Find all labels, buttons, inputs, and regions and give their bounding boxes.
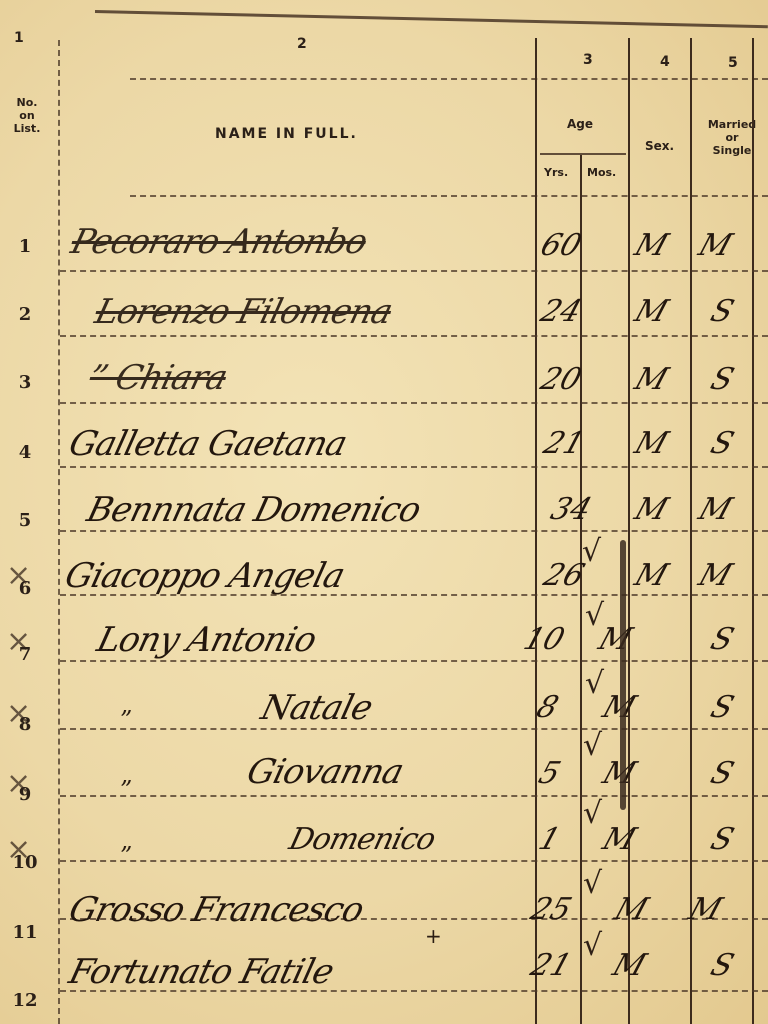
- marital-status: M: [694, 228, 736, 263]
- ditto-mark: ”: [120, 706, 132, 734]
- marital-status: S: [706, 690, 738, 725]
- row-number: 8: [10, 714, 40, 735]
- sex: M: [630, 228, 672, 263]
- col3-number: 3: [583, 52, 593, 68]
- sex: M: [630, 558, 672, 593]
- row-number: 3: [10, 372, 40, 393]
- passenger-name: Lony Antonio: [93, 620, 320, 660]
- row-number: 11: [10, 922, 40, 943]
- header-rule-1: [130, 78, 768, 80]
- age-years: 25: [526, 892, 576, 927]
- row-number: 7: [10, 644, 40, 665]
- passenger-name: Galletta Gaetana: [65, 424, 350, 464]
- plus-annotation-icon: +: [425, 924, 442, 948]
- row-rule: [60, 466, 768, 468]
- row-rule: [60, 860, 768, 862]
- row-number: 4: [10, 442, 40, 463]
- age-years: 60: [536, 228, 586, 263]
- header-rule-2: [130, 195, 768, 197]
- sex: M: [630, 492, 672, 527]
- row-rule: [60, 660, 768, 662]
- checkmark-icon: √: [585, 666, 604, 701]
- row-number: 5: [10, 510, 40, 531]
- passenger-name: Natale: [257, 688, 376, 728]
- sex: M: [630, 426, 672, 461]
- row-rule: [60, 402, 768, 404]
- marital-status: S: [706, 362, 738, 397]
- passenger-name: Giacoppo Angela: [61, 556, 348, 596]
- col1-label: No. on List.: [10, 96, 44, 135]
- age-years: 21: [526, 948, 576, 983]
- age-years: 24: [536, 294, 586, 329]
- marital-status: S: [706, 756, 738, 791]
- col3-sub-mos: Mos.: [587, 166, 616, 179]
- ditto-mark: ”: [120, 776, 132, 804]
- sex: M: [630, 362, 672, 397]
- manifest-page: 1 2 3 4 5 No. on List. NAME IN FULL. Age…: [0, 0, 768, 1024]
- row-number: 1: [10, 236, 40, 257]
- col4-label: Sex.: [645, 140, 674, 153]
- marital-status: M: [694, 492, 736, 527]
- sex: M: [598, 822, 640, 857]
- checkmark-icon: √: [582, 534, 601, 569]
- row-rule: [60, 335, 768, 337]
- checkmark-icon: √: [583, 866, 602, 901]
- col5-label: Married or Single: [700, 118, 764, 157]
- row-rule: [60, 270, 768, 272]
- marital-status: S: [706, 426, 738, 461]
- checkmark-icon: √: [583, 728, 602, 763]
- row-number: 9: [10, 784, 40, 805]
- age-years: 5: [534, 756, 564, 791]
- passenger-name: Domenico: [286, 822, 439, 857]
- passenger-name: Fortunato Fatile: [65, 952, 337, 992]
- row-number: 2: [10, 304, 40, 325]
- passenger-name: Lorenzo Filomena: [91, 292, 396, 332]
- marital-status: S: [706, 294, 738, 329]
- checkmark-icon: √: [585, 598, 604, 633]
- checkmark-icon: √: [583, 928, 602, 963]
- passenger-name: Giovanna: [243, 752, 407, 792]
- sex: M: [610, 892, 652, 927]
- marital-status: M: [694, 558, 736, 593]
- col2-label: NAME IN FULL.: [215, 126, 358, 142]
- passenger-name: Grosso Francesco: [65, 890, 367, 930]
- col4-number: 4: [660, 54, 670, 70]
- row-number: 12: [10, 990, 40, 1011]
- ditto-mark: ”: [120, 842, 132, 870]
- row-rule: [60, 795, 768, 797]
- passenger-name: Bennnata Domenico: [83, 490, 424, 530]
- row-number: 10: [10, 852, 40, 873]
- row-rule: [60, 530, 768, 532]
- age-years: 20: [536, 362, 586, 397]
- row-number: 6: [10, 578, 40, 599]
- age-subrule: [540, 153, 626, 155]
- col3-label: Age: [567, 118, 593, 131]
- col1-number: 1: [14, 30, 24, 46]
- sex: M: [608, 948, 650, 983]
- col5-number: 5: [728, 55, 738, 71]
- marital-status: S: [706, 948, 738, 983]
- row-rule: [60, 728, 768, 730]
- age-years: 10: [519, 622, 569, 657]
- sex: M: [630, 294, 672, 329]
- top-rule: [95, 10, 768, 28]
- passenger-name: Pecoraro Antonbo: [67, 222, 371, 262]
- age-years: 1: [534, 822, 564, 857]
- age-years: 34: [546, 492, 596, 527]
- age-yrs-mos-divider: [580, 155, 582, 1024]
- marital-status: S: [706, 622, 738, 657]
- col2-number: 2: [297, 36, 307, 52]
- checkmark-icon: √: [583, 796, 602, 831]
- bracket-mark: [620, 540, 626, 810]
- col1-divider: [58, 40, 60, 1024]
- marital-status: S: [706, 822, 738, 857]
- col3-sub-yrs: Yrs.: [544, 166, 568, 179]
- passenger-name: ” Chiara: [85, 358, 231, 398]
